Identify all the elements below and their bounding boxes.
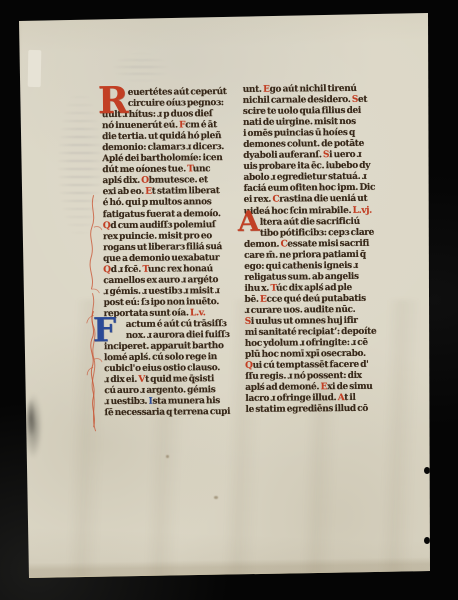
drop-cap-R: R [98,83,129,117]
rubricated-letter: Q [103,265,111,275]
drop-cap-A: A [238,209,260,235]
text-line: tibo pótificibɜ: cepɜ clare [244,227,382,239]
rubricated-letter: T [187,165,193,175]
rubricated-letter: T [270,283,276,293]
rubricated-letter: E [321,382,328,392]
text-column-left: euertétes aút ceperútcircuire oíuɜ pegno… [102,87,243,420]
text-line: care m̄. ne priora patiami q̄ [244,249,382,261]
rubricated-letter: S [245,317,251,327]
parchment-leaf: R F A euertétes aút ceperútcircuire oíuɜ… [0,0,458,600]
rubricated-letter: F [179,121,185,131]
rubricated-letter: C [281,239,288,249]
text-line: Qui cú temptassēt facere d' [245,360,383,372]
text-line: le statim egrediēns illud cō [245,404,383,416]
rubricated-letter: L.vj. [353,205,372,215]
text-line: fatigatus fuerat a demoío. [103,208,241,220]
rubricated-letter: L.v. [190,308,206,318]
text-line: bē. Ecce qué deú putabatis [244,294,382,306]
rubricated-letter: E [263,85,270,95]
rubricated-letter: O [141,176,149,186]
text-line: uideá hoc ſcin mirabile. L.vj. [244,205,382,217]
manuscript-photo: R F A euertétes aút ceperútcircuire oíuɜ… [0,0,458,600]
text-line: scire te uolo quia filius dei [243,106,381,118]
rubricated-letter: A [338,393,345,403]
text-line: demon. Cessate misi sacrifi [244,238,382,250]
rubricated-letter: C [272,195,279,205]
rubricated-letter: E [260,295,267,305]
rubricated-letter: V [138,375,145,385]
blue-letter: I [149,397,153,407]
rubricated-letter: Q [103,221,111,231]
text-column-right: unt. Ego aút nichil tirenúnichil carnale… [243,84,384,417]
rubricated-letter: S [323,150,329,160]
drop-cap-F: F [93,314,117,346]
rubricated-letter: E [145,187,152,197]
rubricated-letter: Q [245,361,253,371]
rubricated-letter: S [352,95,358,105]
text-line: rogans ut liberarɜ filiá suá [103,242,241,254]
text-block: R F A euertétes aút ceperútcircuire oíuɜ… [0,0,458,600]
text-line: ſē necessaria q terrena cupi [104,407,242,419]
text-line: inciperet. apparuit bartho [104,341,242,353]
rubricated-letter: T [142,264,148,274]
